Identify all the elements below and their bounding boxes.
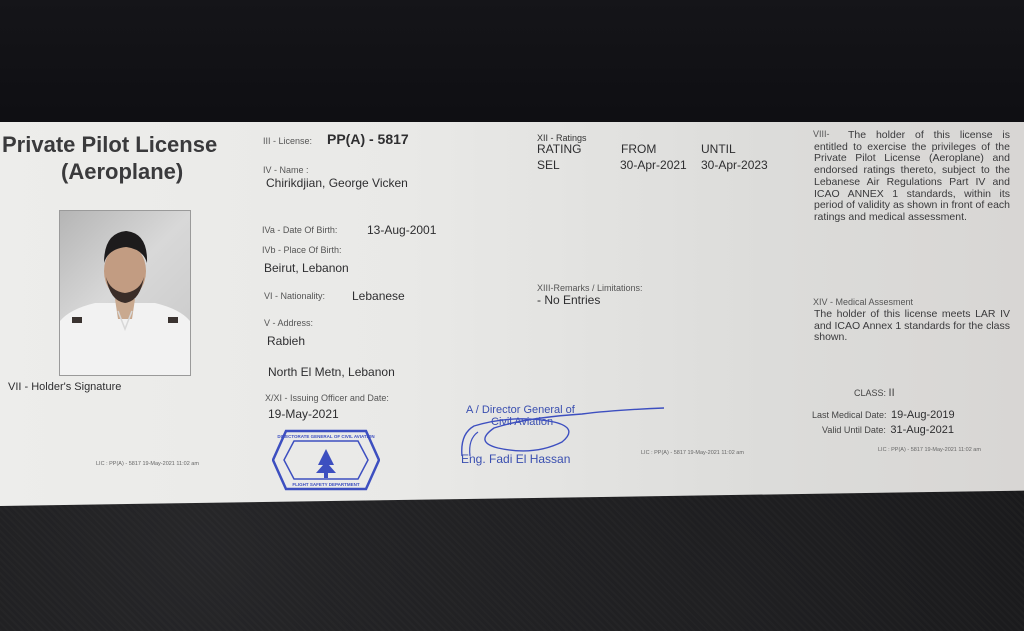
class-value: II [889,387,895,399]
dob-value: 13-Aug-2001 [367,223,436,237]
footer-stamp-right: LIC : PP(A) - 5817 19-May-2021 11:02 am [878,447,981,453]
privileges-text: The holder of this license is entitled t… [814,130,1010,224]
rating-row-rating: SEL [537,158,560,172]
svg-text:FLIGHT SAFETY DEPARTMENT: FLIGHT SAFETY DEPARTMENT [292,482,360,487]
svg-text:DIRECTORATE GENERAL OF CIVIL A: DIRECTORATE GENERAL OF CIVIL AVIATION [277,434,374,439]
class-label: CLASS: [854,388,886,398]
holder-photo [59,210,191,376]
medical-text: The holder of this license meets LAR IV … [814,309,1010,344]
medical-label: XIV - Medical Assesment [813,297,913,307]
valid-until-row: Valid Until Date: 31-Aug-2021 [822,420,954,438]
name-label: IV - Name : [263,165,309,175]
holder-signature-label: VII - Holder's Signature [8,381,121,393]
class-row: CLASS: II [854,387,895,399]
ratings-header-until: UNTIL [701,142,736,156]
name-value: Chirikdjian, George Vicken [266,176,408,190]
remarks-label: XIII-Remarks / Limitations: [537,283,643,293]
issuing-date: 19-May-2021 [268,407,339,421]
ratings-header-from: FROM [621,142,656,156]
pob-label: IVb - Place Of Birth: [262,245,342,255]
last-medical-label: Last Medical Date: [812,410,887,420]
address-line1: Rabieh [267,334,305,348]
license-number: PP(A) - 5817 [327,131,409,147]
valid-until-value: 31-Aug-2021 [890,424,954,436]
remarks-value: - No Entries [537,293,600,307]
dob-label: IVa - Date Of Birth: [262,225,337,235]
license-title: Private Pilot License [2,132,217,158]
footer-stamp-left: LIC : PP(A) - 5817 19-May-2021 11:02 am [96,461,199,467]
rating-row-until: 30-Apr-2023 [701,158,768,172]
license-subtitle: (Aeroplane) [61,159,183,185]
footer-stamp-middle: LIC : PP(A) - 5817 19-May-2021 11:02 am [641,450,744,456]
address-label: V - Address: [264,318,313,328]
official-stamp-icon: DIRECTORATE GENERAL OF CIVIL AVIATION FL… [272,429,380,491]
license-card: Private Pilot License (Aeroplane) VII - … [0,122,1024,506]
table-surface [0,490,1024,631]
director-name: Eng. Fadi El Hassan [461,452,570,466]
person-photo-icon [60,211,190,375]
pob-value: Beirut, Lebanon [264,261,349,275]
rating-row-from: 30-Apr-2021 [620,158,687,172]
license-number-label: III - License: [263,136,312,146]
valid-until-label: Valid Until Date: [822,425,886,435]
ratings-header-rating: RATING [537,142,581,156]
nationality-value: Lebanese [352,289,405,303]
issuing-officer-label: X/XI - Issuing Officer and Date: [265,393,389,403]
nationality-label: VI - Nationality: [264,291,325,301]
address-line2: North El Metn, Lebanon [268,365,395,379]
